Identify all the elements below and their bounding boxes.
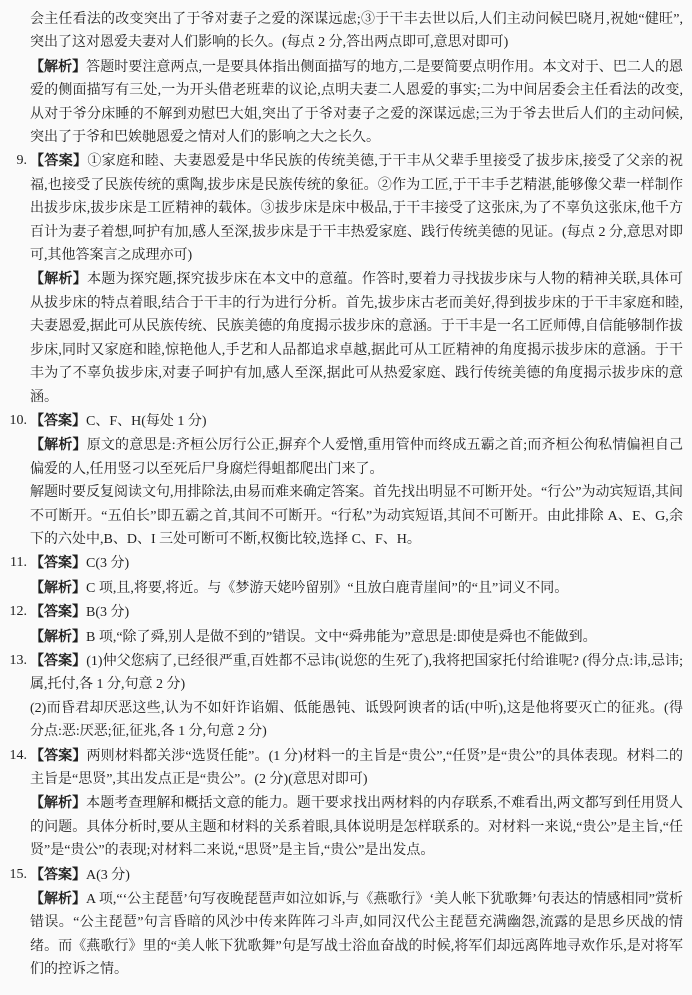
question-number: 13. — [0, 649, 27, 672]
analysis-text: B 项,“除了舜,别人是做不到的”错误。文中“舜弗能为”意思是:即使是舜也不能做… — [86, 630, 597, 645]
answer-label: 【答案】 — [30, 603, 86, 619]
analysis-label: 【解析】 — [30, 628, 86, 644]
answer-text: C、F、H(每处 1 分) — [86, 414, 207, 429]
analysis-label: 【解析】 — [30, 579, 86, 595]
analysis-label: 【解析】 — [30, 58, 86, 74]
answer-text: B(3 分) — [86, 605, 129, 620]
item-13: 13. 【答案】(1)仲父您病了,已经很严重,百姓都不忌讳(说您的生死了),我将… — [0, 649, 683, 744]
analysis-paragraph: 【解析】原文的意思是:齐桓公厉行公正,摒弃个人爱憎,重用管仲而终成五霸之首;而齐… — [30, 433, 683, 481]
answer-text: ①家庭和睦、夫妻恩爱是中华民族的传统美德,于干丰从父辈手里接受了拔步床,接受了父… — [30, 154, 683, 263]
question-number: 9. — [0, 149, 27, 172]
answer-paragraph: 会主任看法的改变突出了于爷对妻子之爱的深谋远虑;③于干丰去世以后,人们主动问候巴… — [30, 8, 683, 55]
analysis-label: 【解析】 — [30, 436, 87, 452]
item-10: 10. 【答案】C、F、H(每处 1 分) 【解析】原文的意思是:齐桓公厉行公正… — [0, 409, 683, 551]
answer-paragraph: 【答案】A(3 分) — [30, 863, 683, 887]
answer-paragraph: 【答案】C、F、H(每处 1 分) — [30, 409, 683, 433]
answer-paragraph-2: (2)而昏君却厌恶这些,认为不如奸诈谄媚、低能愚钝、诋毁阿谀者的话(中听),这是… — [30, 697, 683, 744]
analysis-paragraph: 【解析】A 项,“‘公主琵琶’句写夜晚琵琶声如泣如诉,与《燕歌行》‘美人帐下犹歌… — [30, 887, 683, 982]
analysis-paragraph: 【解析】本题为探究题,探究拔步床在本文中的意蕴。作答时,要着力寻找拔步床与人物的… — [30, 267, 683, 408]
question-number: 14. — [0, 744, 27, 767]
analysis-paragraph: 【解析】B 项,“除了舜,别人是做不到的”错误。文中“舜弗能为”意思是:即使是舜… — [30, 625, 683, 649]
item-8-continuation: 会主任看法的改变突出了于爷对妻子之爱的深谋远虑;③于干丰去世以后,人们主动问候巴… — [0, 8, 683, 149]
question-number: 11. — [0, 551, 27, 574]
analysis-text: 答题时要注意两点,一是要具体指出侧面描写的地方,二是要简要点明作用。本文对于、巴… — [30, 60, 683, 145]
answer-text: (1)仲父您病了,已经很严重,百姓都不忌讳(说您的生死了),我将把国家托付给谁呢… — [30, 654, 683, 692]
item-12: 12. 【答案】B(3 分) 【解析】B 项,“除了舜,别人是做不到的”错误。文… — [0, 600, 683, 649]
analysis-paragraph-2: 解题时要反复阅读文句,用排除法,由易而难来确定答案。首先找出明显不可断开处。“行… — [30, 481, 683, 551]
analysis-text: 本题为探究题,探究拔步床在本文中的意蕴。作答时,要着力寻找拔步床与人物的精神关联… — [30, 272, 683, 404]
answer-paragraph: 【答案】B(3 分) — [30, 600, 683, 624]
question-number: 12. — [0, 600, 27, 623]
item-11: 11. 【答案】C(3 分) 【解析】C 项,且,将要,将近。与《梦游天姥吟留别… — [0, 551, 683, 600]
answer-text: (2)而昏君却厌恶这些,认为不如奸诈谄媚、低能愚钝、诋毁阿谀者的话(中听),这是… — [30, 701, 683, 739]
answer-label: 【答案】 — [30, 412, 86, 428]
analysis-paragraph: 【解析】答题时要注意两点,一是要具体指出侧面描写的地方,二是要简要点明作用。本文… — [30, 55, 683, 150]
answer-text: C(3 分) — [86, 556, 129, 571]
answer-paragraph: 【答案】(1)仲父您病了,已经很严重,百姓都不忌讳(说您的生死了),我将把国家托… — [30, 649, 683, 697]
answer-text: 两则材料都关涉“选贤任能”。(1 分)材料一的主旨是“贵公”,“任贤”是“贵公”… — [30, 749, 683, 787]
answer-label: 【答案】 — [30, 866, 86, 882]
answer-text: 会主任看法的改变突出了于爷对妻子之爱的深谋远虑;③于干丰去世以后,人们主动问候巴… — [30, 12, 683, 50]
answer-paragraph: 【答案】C(3 分) — [30, 551, 683, 575]
item-14: 14. 【答案】两则材料都关涉“选贤任能”。(1 分)材料一的主旨是“贵公”,“… — [0, 744, 683, 863]
answer-label: 【答案】 — [30, 554, 86, 570]
analysis-text: 本题考查理解和概括文意的能力。题干要求找出两材料的内存联系,不难看出,两文都写到… — [30, 796, 683, 858]
analysis-label: 【解析】 — [30, 890, 86, 906]
analysis-text: 原文的意思是:齐桓公厉行公正,摒弃个人爱憎,重用管仲而终成五霸之首;而齐桓公徇私… — [30, 438, 683, 476]
analysis-text: C 项,且,将要,将近。与《梦游天姥吟留别》“且放白鹿青崖间”的“且”词义不同。 — [86, 581, 568, 596]
analysis-text: A 项,“‘公主琵琶’句写夜晚琵琶声如泣如诉,与《燕歌行》‘美人帐下犹歌舞’句表… — [30, 892, 683, 977]
answer-paragraph: 【答案】①家庭和睦、夫妻恩爱是中华民族的传统美德,于干丰从父辈手里接受了拔步床,… — [30, 149, 683, 267]
analysis-text: 解题时要反复阅读文句,用排除法,由易而难来确定答案。首先找出明显不可断开处。“行… — [30, 485, 683, 547]
answer-label: 【答案】 — [30, 747, 87, 763]
answer-key-page: 会主任看法的改变突出了于爷对妻子之爱的深谋远虑;③于干丰去世以后,人们主动问候巴… — [0, 0, 692, 995]
analysis-paragraph: 【解析】C 项,且,将要,将近。与《梦游天姥吟留别》“且放白鹿青崖间”的“且”词… — [30, 576, 683, 600]
answer-label: 【答案】 — [30, 652, 86, 668]
item-15: 15. 【答案】A(3 分) 【解析】A 项,“‘公主琵琶’句写夜晚琵琶声如泣如… — [0, 863, 683, 982]
analysis-label: 【解析】 — [30, 794, 86, 810]
answer-text: A(3 分) — [86, 868, 130, 883]
question-number: 15. — [0, 863, 27, 886]
item-9: 9. 【答案】①家庭和睦、夫妻恩爱是中华民族的传统美德,于干丰从父辈手里接受了拔… — [0, 149, 683, 408]
analysis-paragraph: 【解析】本题考查理解和概括文意的能力。题干要求找出两材料的内存联系,不难看出,两… — [30, 791, 683, 862]
question-number: 10. — [0, 409, 27, 432]
answer-paragraph: 【答案】两则材料都关涉“选贤任能”。(1 分)材料一的主旨是“贵公”,“任贤”是… — [30, 744, 683, 792]
analysis-label: 【解析】 — [30, 270, 87, 286]
answer-label: 【答案】 — [30, 152, 87, 168]
